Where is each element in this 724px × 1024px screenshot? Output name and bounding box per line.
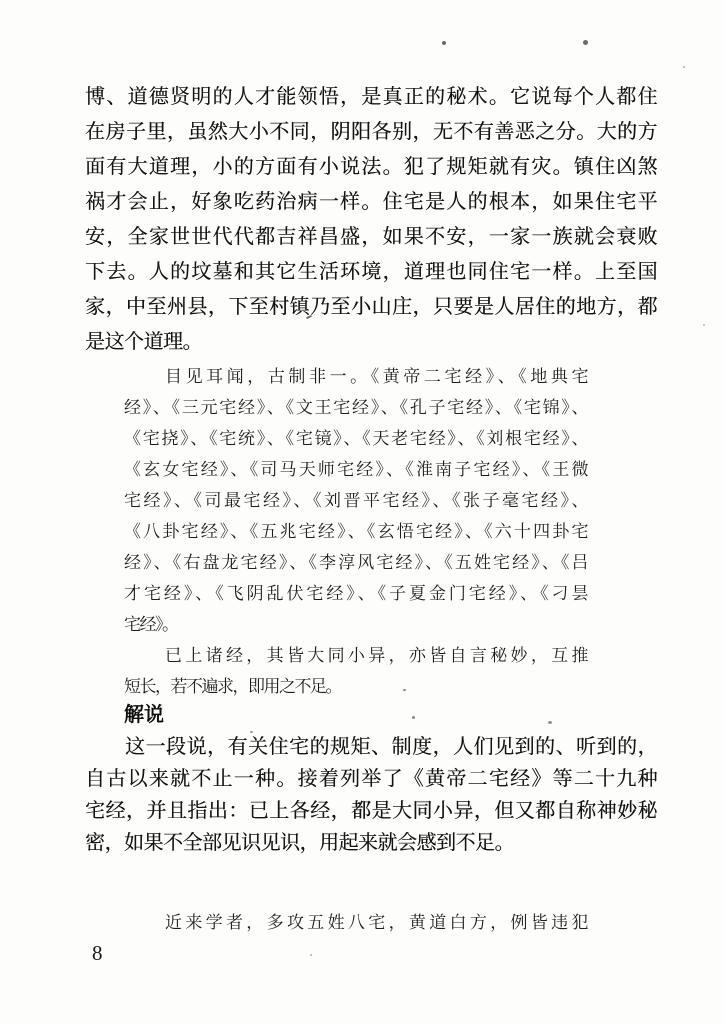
section-header-jieshuo: 解说 bbox=[124, 699, 164, 730]
quote-line: 宅经》。 bbox=[124, 609, 587, 640]
text-line: 自古以来就不止一种。接着列举了《黄帝二宅经》等二十九种 bbox=[85, 763, 657, 795]
scan-speck bbox=[250, 731, 253, 733]
scan-speck bbox=[703, 324, 705, 326]
quote-line: 才宅经》、《飞阴乱伏宅经》、《子夏金门宅经》、《刁昙 bbox=[124, 578, 587, 609]
text-line: 家，中至州县，下至村镇乃至小山庄，只要是人居住的地方，都 bbox=[85, 290, 657, 325]
text-line: 是这个道理。 bbox=[85, 325, 657, 360]
scan-speck bbox=[442, 41, 446, 45]
quote-line: 已上诸经，其皆大同小异，亦皆自言秘妙，互推 bbox=[124, 640, 587, 671]
quote-line: 短长，若不遍求，即用之不足。 bbox=[124, 671, 587, 702]
text-line: 安，全家世世代代都吉祥昌盛，如果不安，一家一族就会衰败 bbox=[85, 220, 657, 255]
quote-line: 《八卦宅经》、《五兆宅经》、《玄悟宅经》、《六十四卦宅 bbox=[124, 516, 587, 547]
text-line: 面有大道理，小的方面有小说法。犯了规矩就有灾。镇住凶煞 bbox=[85, 150, 657, 185]
text-line: 下去。人的坟墓和其它生活环境，道理也同住宅一样。上至国 bbox=[85, 255, 657, 290]
text-line: 博、道德贤明的人才能领悟，是真正的秘术。它说每个人都住 bbox=[85, 80, 657, 115]
book-page: 博、道德贤明的人才能领悟，是真正的秘术。它说每个人都住 在房子里，虽然大小不同，… bbox=[0, 0, 724, 1024]
scan-speck bbox=[683, 66, 685, 68]
scan-speck bbox=[403, 689, 406, 691]
text-line: 这一段说，有关住宅的规矩、制度，人们见到的、听到的， bbox=[85, 731, 657, 763]
quote-line: 经》、《右盘龙宅经》、《李淳风宅经》、《五姓宅经》、《吕 bbox=[124, 547, 587, 578]
text-line: 在房子里，虽然大小不同，阴阳各别，无不有善恶之分。大的方 bbox=[85, 115, 657, 150]
main-paragraph: 博、道德贤明的人才能领悟，是真正的秘术。它说每个人都住 在房子里，虽然大小不同，… bbox=[85, 80, 657, 360]
text-line: 宅经，并且指出：已上各经，都是大同小异，但又都自称神妙秘 bbox=[85, 795, 657, 827]
classical-quote-canon-list: 目见耳闻，古制非一。《黄帝二宅经》、《地典宅 经》、《三元宅经》、《文王宅经》、… bbox=[124, 361, 587, 702]
commentary-paragraph: 这一段说，有关住宅的规矩、制度，人们见到的、听到的， 自古以来就不止一种。接着列… bbox=[85, 731, 657, 859]
quote-line: 近来学者，多攻五姓八宅，黄道白方，例皆违犯 bbox=[124, 907, 587, 938]
quote-line: 《宅挠》、《宅统》、《宅镜》、《天老宅经》、《刘根宅经》、 bbox=[124, 423, 587, 454]
scan-speck bbox=[548, 721, 552, 724]
quote-line: 《玄女宅经》、《司马天师宅经》、《淮南子宅经》、《王微 bbox=[124, 454, 587, 485]
quote-line: 经》、《三元宅经》、《文王宅经》、《孔子宅经》、《宅锦》、 bbox=[124, 392, 587, 423]
scan-speck bbox=[412, 716, 415, 719]
text-line: 密，如果不全部见识见识，用起来就会感到不足。 bbox=[85, 827, 657, 859]
quote-line: 宅经》、《司最宅经》、《刘晋平宅经》、《张子毫宅经》、 bbox=[124, 485, 587, 516]
text-line: 祸才会止，好象吃药治病一样。住宅是人的根本，如果住宅平 bbox=[85, 185, 657, 220]
classical-quote-next: 近来学者，多攻五姓八宅，黄道白方，例皆违犯 bbox=[124, 907, 587, 938]
quote-line: 目见耳闻，古制非一。《黄帝二宅经》、《地典宅 bbox=[124, 361, 587, 392]
page-number: 8 bbox=[92, 941, 103, 965]
scan-speck bbox=[583, 40, 588, 45]
scan-speck bbox=[310, 954, 312, 956]
